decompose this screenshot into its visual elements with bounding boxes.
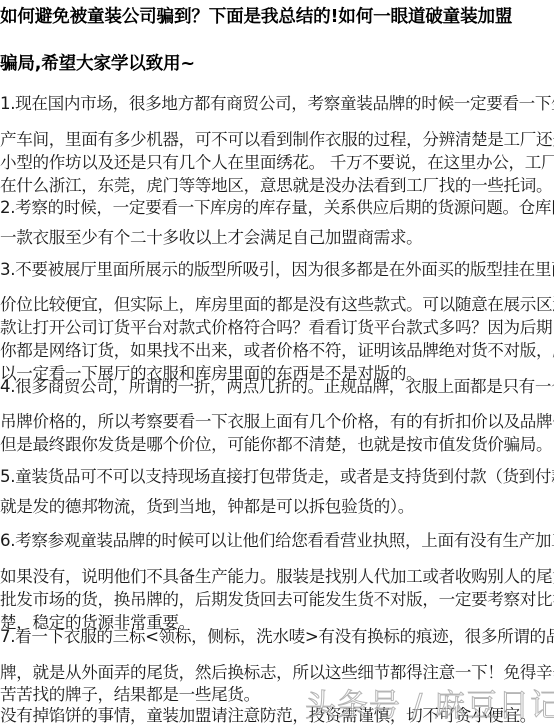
paragraph-1-line-2: 产车间，里面有多少机器，可不可以看到制作衣服的过程，分辨清楚是工厂还是 — [0, 129, 554, 151]
paragraph-3-line-2: 价位比较便宜，但实际上，库房里面的都是没有这些款式。可以随意在展示区选 — [0, 294, 554, 316]
paragraph-3-line-4: 你都是网络订货，如果找不出来，或者价格不符，证明该品牌绝对货不对版，所 — [0, 340, 554, 362]
article-title-line-2: 骗局,希望大家学以致用~ — [0, 53, 195, 75]
paragraph-4-line-3: 但是最终跟你发货是哪个价位，可能你都不清楚，也就是按市值发货价骗局。 — [0, 434, 552, 456]
paragraph-6-line-1: 6.考察参观童装品牌的时候可以让他们给您看看营业执照，上面有没有生产加工 — [0, 530, 554, 552]
paragraph-7-line-1: 7.看一下衣服的三标<领标，侧标，洗水唛>有没有换标的痕迹，很多所谓的品 — [0, 626, 554, 648]
paragraph-7-line-3: 苦苦找的牌子，结果都是一些尾货。 — [0, 684, 260, 706]
paragraph-4-line-2: 吊牌价格的，所以考察要看一下衣服上面有几个价格，有的有折扣价以及品牌价， — [0, 411, 554, 433]
paragraph-1-line-1: 1.现在国内市场，很多地方都有商贸公司，考察童装品牌的时候一定要看一下生 — [0, 93, 554, 115]
paragraph-3-line-1: 3.不要被展厅里面所展示的版型所吸引，因为很多都是在外面买的版型挂在里面 — [0, 259, 554, 281]
article-title-line-1: 如何避免被童装公司骗到？下面是我总结的!如何一眼道破童装加盟 — [0, 6, 512, 28]
paragraph-3-line-3: 款让打开公司订货平台对款式价格符合吗？看看订货平台款式多吗？因为后期 — [0, 317, 552, 339]
paragraph-4-line-1: 4.很多商贸公司，所谓的一折，两点几折的。正规品牌，衣服上面都是只有一个 — [0, 376, 554, 398]
paragraph-6-line-2: 如果没有，说明他们不具备生产能力。服装是找别人代加工或者收购别人的尾货， — [0, 566, 554, 588]
paragraph-2-line-2: 一款衣服至少有个二十多收以上才会满足自己加盟商需求。 — [0, 227, 422, 249]
paragraph-6-line-3: 批发市场的货，换吊牌的，后期发货回去可能发生货不对版，一定要考察对比清 — [0, 589, 554, 611]
paragraph-5-line-1: 5.童装货品可不可以支持现场直接打包带货走，或者是支持货到付款（货到付款， — [0, 466, 554, 488]
paragraph-1-line-4: 在什么浙江，东莞，虎门等等地区，意思就是没办法看到工厂找的一些托词。 — [0, 175, 552, 197]
paragraph-5-line-2: 就是发的德邦物流，货到当地，钟都是可以拆包验货的）。 — [0, 496, 414, 518]
paragraph-2-line-1: 2.考察的时候，一定要看一下库房的库存量，关系供应后期的货源问题。仓库同 — [0, 197, 554, 219]
paragraph-1-line-3: 小型的作坊以及还是只有几个人在里面绣花。 千万不要说，在这里办公，工厂 — [0, 152, 554, 174]
paragraph-7-line-2: 牌，就是从外面弄的尾货，然后换标志，所以这些细节都得注意一下！免得辛辛 — [0, 662, 554, 684]
article-page: 如何避免被童装公司骗到？下面是我总结的!如何一眼道破童装加盟 骗局,希望大家学以… — [0, 0, 554, 728]
closing-warning-line: 没有掉馅饼的事情，童装加盟请注意防范，投资需谨慎，切不可贪小便宜。 — [0, 705, 536, 727]
